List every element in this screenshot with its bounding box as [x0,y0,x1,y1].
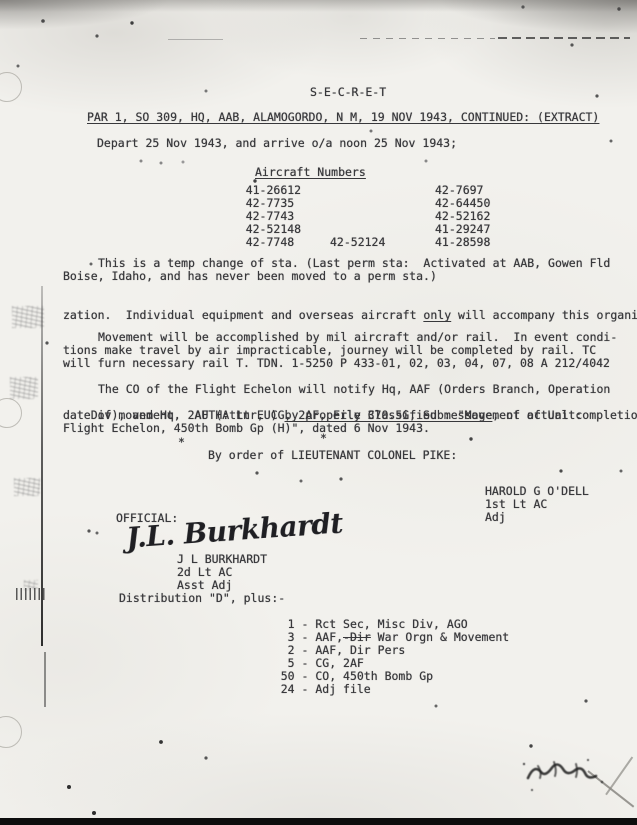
punch-hole-stain [0,72,22,102]
aircraft-number: 42-52124 [330,236,385,249]
paragraph-2-line-2: zation. [63,309,111,322]
paragraph-4-line-4: Flight Echelon, 450th Bomb Gp (H)", date… [63,422,430,435]
paragraph-1-line-2: Boise, Idaho, and has never been moved t… [63,270,437,283]
aircraft-number: 41-28598 [435,236,490,249]
margin-ink-smudge [24,580,38,590]
scanned-document-page: S-E-C-R-E-T PAR 1, SO 309, HQ, AAB, ALAM… [0,0,637,825]
scan-corner-shadow-right [437,0,637,34]
scan-crease-line [168,39,223,40]
aircraft-table-title: Aircraft Numbers [255,166,366,179]
order-heading: PAR 1, SO 309, HQ, AAB, ALAMOGORDO, N M,… [87,111,599,124]
margin-ink-smudge [10,377,38,399]
scan-crease-line [588,770,635,807]
scan-corner-shadow-left [0,0,170,30]
classification-heading: S-E-C-R-E-T [310,86,386,99]
by-order-line: By order of LIEUTENANT COLONEL PIKE: [208,449,457,462]
distribution-item: 24 - Adj file [253,670,371,709]
footnote-asterisk: * [178,436,185,449]
scan-noise-specks [0,0,2,2]
depart-line: Depart 25 Nov 1943, and arrive o/a noon … [97,137,457,150]
paragraph-text: will accompany this organi- [451,308,637,322]
scan-crease-line [360,38,495,39]
paragraph-3-line-3: will furn necessary rail T. TDN. 1-5250 … [63,357,610,370]
officer-title: Adj [485,511,506,524]
distribution-label: Distribution "D", plus:- [119,592,285,605]
underlined-word: only [423,308,451,322]
margin-binding-line [41,286,43,646]
scan-crease-line [498,37,630,39]
margin-ink-smudge [12,306,44,328]
distribution-count: 24 [281,682,295,696]
aircraft-number: 42-7748 [246,236,294,249]
paragraph-4-line-1: The CO of the Flight Echelon will notify… [98,383,610,396]
distribution-separator: - [295,682,316,696]
margin-binding-line [44,652,46,707]
handwritten-scribble [518,752,610,798]
footnote-asterisk: * [320,432,327,445]
punch-hole-stain [0,716,22,748]
scan-top-shadow [0,0,637,12]
margin-hatch-marks [16,588,46,600]
punch-hole-stain [0,398,22,428]
distribution-text: Adj file [315,682,370,696]
paragraph-text: Individual equipment and overseas aircra… [126,308,424,322]
scan-bottom-edge [0,818,637,825]
scan-crease-line [605,756,633,795]
margin-ink-smudge [14,478,40,496]
